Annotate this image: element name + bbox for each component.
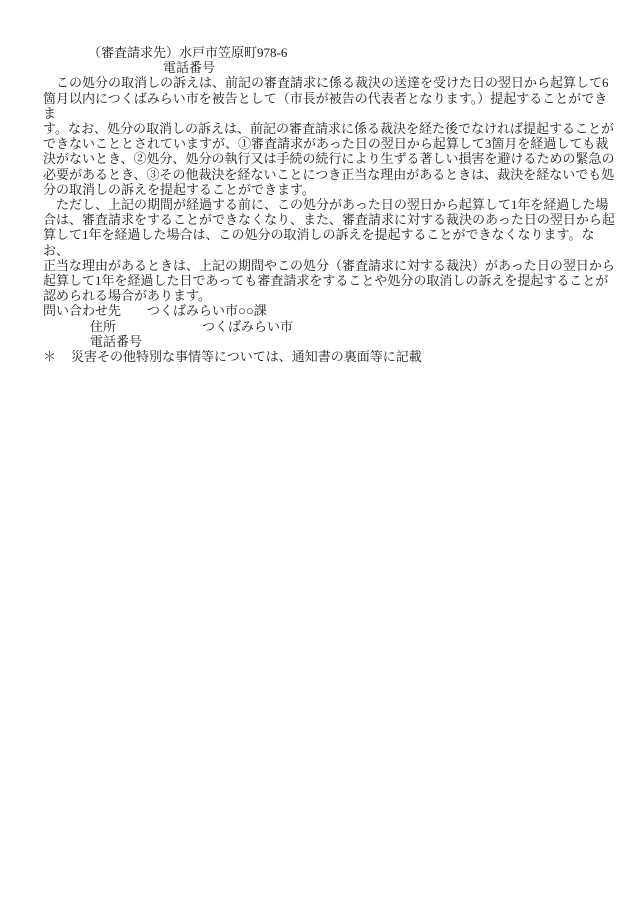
contact-address-row: 住所 つくばみらい市	[43, 319, 619, 334]
paragraph-filing-period: この処分の取消しの訴えは、前記の審査請求に係る裁決の送達を受けた日の翌日から起算…	[43, 75, 619, 197]
paragraph-line: この処分の取消しの訴えは、前記の審査請求に係る裁決の送達を受けた日の翌日から起算…	[43, 75, 619, 90]
contact-address-label: 住所	[90, 319, 202, 334]
paragraph-line: ただし、上記の期間が経過する前に、この処分があった日の翌日から起算して1年を経過…	[43, 197, 619, 212]
paragraph-line: 認められる場合があります。	[43, 288, 619, 303]
paragraph-line: できないこととされていますが、①審査請求があった日の翌日から起算して3箇月を経過…	[43, 136, 619, 151]
paragraph-line: 必要があるとき、③その他裁決を経ないことにつき正当な理由があるときは、裁決を経な…	[43, 167, 619, 182]
footnote-text: 災害その他特別な事情等については、通知書の裏面等に記載	[71, 349, 422, 364]
paragraph-line: 分の取消しの訴えを提起することができます。	[43, 182, 619, 197]
paragraph-line: 箇月以内につくばみらい市を被告として（市長が被告の代表者となります。）提起するこ…	[43, 91, 619, 121]
contact-address-value: つくばみらい市	[202, 319, 293, 334]
paragraph-line: 起算して1年を経過した日であっても審査請求をすることや処分の取消しの訴えを提起す…	[43, 273, 619, 288]
paragraph-line: 正当な理由があるときは、上記の期間やこの処分（審査請求に対する裁決）があった日の…	[43, 258, 619, 273]
footnote-asterisk-marker: ＊	[43, 349, 71, 364]
contact-heading-row: 問い合わせ先 つくばみらい市○○課	[43, 303, 619, 318]
contact-heading-value: つくばみらい市○○課	[147, 303, 267, 318]
recipient-phone-label: 電話番号	[43, 60, 619, 75]
document-page: （審査請求先）水戸市笠原町978-6 電話番号 この処分の取消しの訴えは、前記の…	[0, 0, 630, 903]
contact-phone-row: 電話番号	[43, 334, 619, 349]
notice-text-block: （審査請求先）水戸市笠原町978-6 電話番号 この処分の取消しの訴えは、前記の…	[43, 45, 619, 364]
paragraph-time-limits: ただし、上記の期間が経過する前に、この処分があった日の翌日から起算して1年を経過…	[43, 197, 619, 303]
footnote-line: ＊ 災害その他特別な事情等については、通知書の裏面等に記載	[43, 349, 619, 364]
contact-phone-label: 電話番号	[90, 334, 142, 349]
contact-heading-label: 問い合わせ先	[43, 303, 147, 318]
paragraph-line: 合は、審査請求をすることができなくなり、また、審査請求に対する裁決のあった日の翌…	[43, 212, 619, 227]
recipient-line: （審査請求先）水戸市笠原町978-6	[43, 45, 619, 60]
paragraph-line: 算して1年を経過した場合は、この処分の取消しの訴えを提起することができなくなりま…	[43, 227, 619, 257]
paragraph-line: 決がないとき、②処分、処分の執行又は手続の続行により生ずる著しい損害を避けるため…	[43, 151, 619, 166]
paragraph-line: す。なお、処分の取消しの訴えは、前記の審査請求に係る裁決を経た後でなければ提起す…	[43, 121, 619, 136]
contact-block: 問い合わせ先 つくばみらい市○○課 住所 つくばみらい市 電話番号	[43, 303, 619, 349]
